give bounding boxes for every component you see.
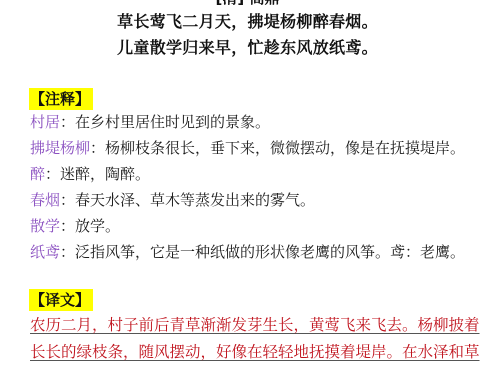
- note-colon: ：: [60, 191, 75, 209]
- note-definition: 杨柳枝条很长，垂下来，微微摆动，像是在抚摸堤岸。: [105, 139, 465, 157]
- poem-line-2: 儿童散学归来早，忙趁东风放纸鸢。: [0, 38, 495, 58]
- note-term: 村居: [30, 113, 60, 131]
- note-colon: ：: [90, 139, 105, 157]
- note-definition: 在乡村里居住时见到的景象。: [75, 113, 270, 131]
- translation-text: 农历二月，村子前后青草渐渐发芽生长，黄莺飞来飞去。杨柳披着 长长的绿枝条，随风摆…: [30, 312, 470, 366]
- note-colon: ：: [60, 217, 75, 235]
- note-term: 纸鸢: [30, 243, 60, 261]
- note-term: 醉: [30, 165, 45, 183]
- notes-heading: 【注释】: [29, 88, 93, 110]
- poem-author: [清] 高鼎: [0, 0, 495, 6]
- note-item: 醉：迷醉，陶醉。: [30, 164, 150, 184]
- note-term: 拂堤杨柳: [30, 139, 90, 157]
- note-definition: 放学。: [75, 217, 120, 235]
- translation-line-2: 长长的绿枝条，随风摆动，好像在轻轻地抚摸着堤岸。在水泽和草: [30, 339, 470, 366]
- note-colon: ：: [60, 243, 75, 261]
- note-definition: 迷醉，陶醉。: [60, 165, 150, 183]
- note-item: 春烟：春天水泽、草木等蒸发出来的雾气。: [30, 190, 315, 210]
- note-item: 拂堤杨柳：杨柳枝条很长，垂下来，微微摆动，像是在抚摸堤岸。: [30, 138, 465, 158]
- poem-line-1: 草长莺飞二月天，拂堤杨柳醉春烟。: [0, 12, 495, 32]
- note-item: 纸鸢：泛指风筝，它是一种纸做的形状像老鹰的风筝。鸢：老鹰。: [30, 242, 465, 262]
- translation-heading: 【译文】: [29, 289, 93, 311]
- note-term: 散学: [30, 217, 60, 235]
- note-term: 春烟: [30, 191, 60, 209]
- poem-document: [清] 高鼎 草长莺飞二月天，拂堤杨柳醉春烟。 儿童散学归来早，忙趁东风放纸鸢。…: [0, 0, 495, 370]
- note-colon: ：: [60, 113, 75, 131]
- note-item: 村居：在乡村里居住时见到的景象。: [30, 112, 270, 132]
- translation-line-1: 农历二月，村子前后青草渐渐发芽生长，黄莺飞来飞去。杨柳披着: [30, 312, 470, 339]
- note-colon: ：: [45, 165, 60, 183]
- note-item: 散学：放学。: [30, 216, 120, 236]
- note-definition: 春天水泽、草木等蒸发出来的雾气。: [75, 191, 315, 209]
- note-definition: 泛指风筝，它是一种纸做的形状像老鹰的风筝。鸢：老鹰。: [75, 243, 465, 261]
